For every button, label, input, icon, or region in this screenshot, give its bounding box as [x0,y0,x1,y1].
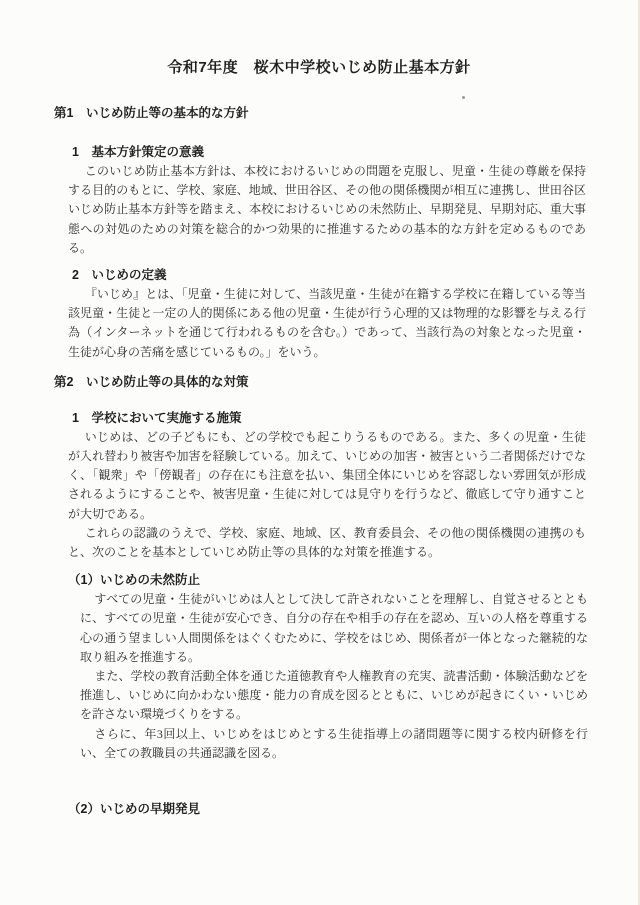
section-part2: 第2 いじめ防止等の具体的な対策 1 学校において実施する施策 いじめは、どの子… [0,373,638,819]
sub2-heading: （2）いじめの早期発見 [68,800,638,819]
sub1-paragraph-2: また、学校の教育活動全体を通じた道徳教育や人権教育の充実、読書活動・体験活動など… [80,667,588,725]
sub1-heading: （1）いじめの未然防止 [68,571,638,590]
sub1-paragraph-1: すべての児童・生徒がいじめは人として決して許されないことを理解し、自覚させるとと… [80,590,588,667]
part1-heading: 第1 いじめ防止等の基本的な方針 [54,104,638,123]
scan-speck [462,96,465,99]
part1-item1-heading: 1 基本方針策定の意義 [72,143,638,162]
part1-item2-heading: 2 いじめの定義 [72,266,638,285]
sub1-paragraph-3: さらに、年3回以上、いじめをはじめとする生徒指導上の諸問題等に関する校内研修を行… [80,725,588,763]
part2-item1-sub2: （2）いじめの早期発見 [0,800,638,819]
part1-item1: 1 基本方針策定の意義 このいじめ防止基本方針は、本校におけるいじめの問題を克服… [0,143,638,258]
part2-item1-heading: 1 学校において実施する施策 [72,409,638,428]
part1-item2: 2 いじめの定義 『いじめ』とは、「児童・生徒に対して、当該児童・生徒が在籍する… [0,266,638,362]
part2-item1-paragraph-1: いじめは、どの子どもにも、どの学校でも起こりうるものである。また、多くの児童・生… [68,428,586,524]
part2-item1-sub1: （1）いじめの未然防止 すべての児童・生徒がいじめは人として決して許されないこと… [0,571,638,763]
part2-item1: 1 学校において実施する施策 いじめは、どの子どもにも、どの学校でも起こりうるも… [0,409,638,819]
sub1-body: すべての児童・生徒がいじめは人として決して許されないことを理解し、自覚させるとと… [0,590,638,763]
part2-item1-paragraph-2: これらの認識のうえで、学校、家庭、地域、区、教育委員会、その他の関係機関の連携の… [68,524,586,562]
section-part1: 第1 いじめ防止等の基本的な方針 1 基本方針策定の意義 このいじめ防止基本方針… [0,104,638,362]
part1-item2-paragraph: 『いじめ』とは、「児童・生徒に対して、当該児童・生徒が在籍する学校に在籍している… [68,285,586,362]
document-title: 令和7年度 桜木中学校いじめ防止基本方針 [0,0,638,78]
part1-item1-paragraph: このいじめ防止基本方針は、本校におけるいじめの問題を克服し、児童・生徒の尊厳を保… [68,162,586,258]
part2-heading: 第2 いじめ防止等の具体的な対策 [54,373,638,392]
scanned-document-page: 令和7年度 桜木中学校いじめ防止基本方針 第1 いじめ防止等の基本的な方針 1 … [0,0,640,905]
